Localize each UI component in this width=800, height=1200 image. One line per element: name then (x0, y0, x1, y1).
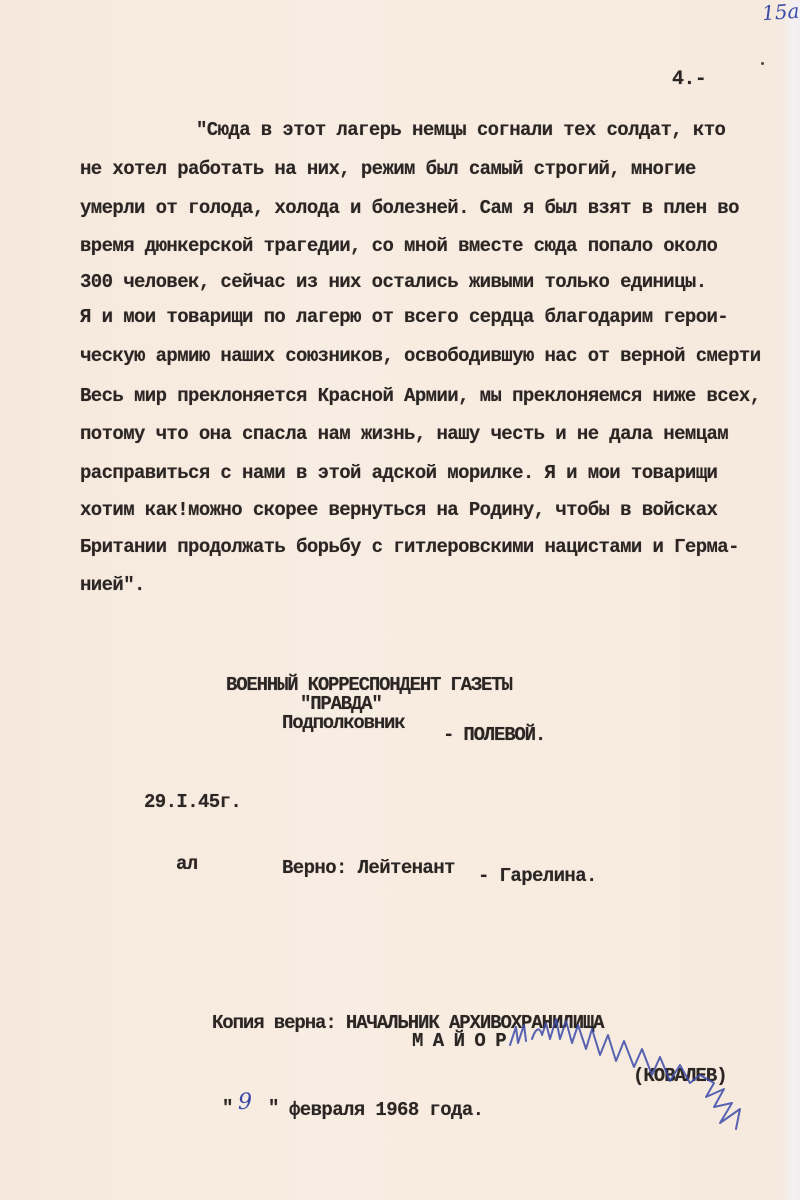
archivist-rank: М А Й О Р (412, 1030, 506, 1052)
certified-name: - Гарелина. (478, 865, 597, 887)
scan-edge (786, 0, 800, 1200)
correspondent-rank: Подполковник (282, 712, 404, 734)
correspondent-name: - ПОЛЕВОЙ. (443, 724, 545, 746)
body-line: Я и мои товарищи по лагерю от всего серд… (80, 306, 728, 328)
body-line: не хотел работать на них, режим был самы… (80, 158, 696, 180)
body-line: Весь мир преклоняется Красной Армии, мы … (80, 385, 761, 407)
body-line: 300 человек, сейчас из них остались живы… (80, 271, 707, 293)
archive-page-number: 15a (761, 0, 800, 25)
document-date: 29.I.45г. (144, 791, 241, 813)
body-line: расправиться с нами в этой адской морилк… (80, 462, 717, 484)
certified-label: Верно: Лейтенант (282, 857, 455, 879)
body-line: умерли от голода, холода и болезней. Сам… (80, 197, 739, 219)
page-number: 4.- (672, 68, 706, 91)
body-line: хотим как!можно скорее вернуться на Роди… (80, 499, 717, 521)
body-line: ческую армию наших союзников, освободивш… (80, 345, 761, 367)
copy-date: февраля 1968 года. (289, 1099, 483, 1121)
handwritten-signature-icon (500, 1005, 770, 1145)
body-line: потому что она спасла нам жизнь, нашу че… (80, 423, 728, 445)
date-open-quote: " (222, 1097, 233, 1119)
handwritten-day: 9 (238, 1090, 252, 1115)
body-line: время дюнкерской трагедии, со мной вмест… (80, 235, 717, 257)
body-line: "Сюда в этот лагерь немцы согнали тех со… (196, 119, 725, 141)
typist-initials: ал (176, 853, 198, 875)
date-close-quote: " (268, 1097, 279, 1119)
ink-speck (761, 62, 764, 65)
body-line: нией". (80, 574, 145, 596)
body-line: Британии продолжать борьбу с гитлеровски… (80, 536, 739, 558)
